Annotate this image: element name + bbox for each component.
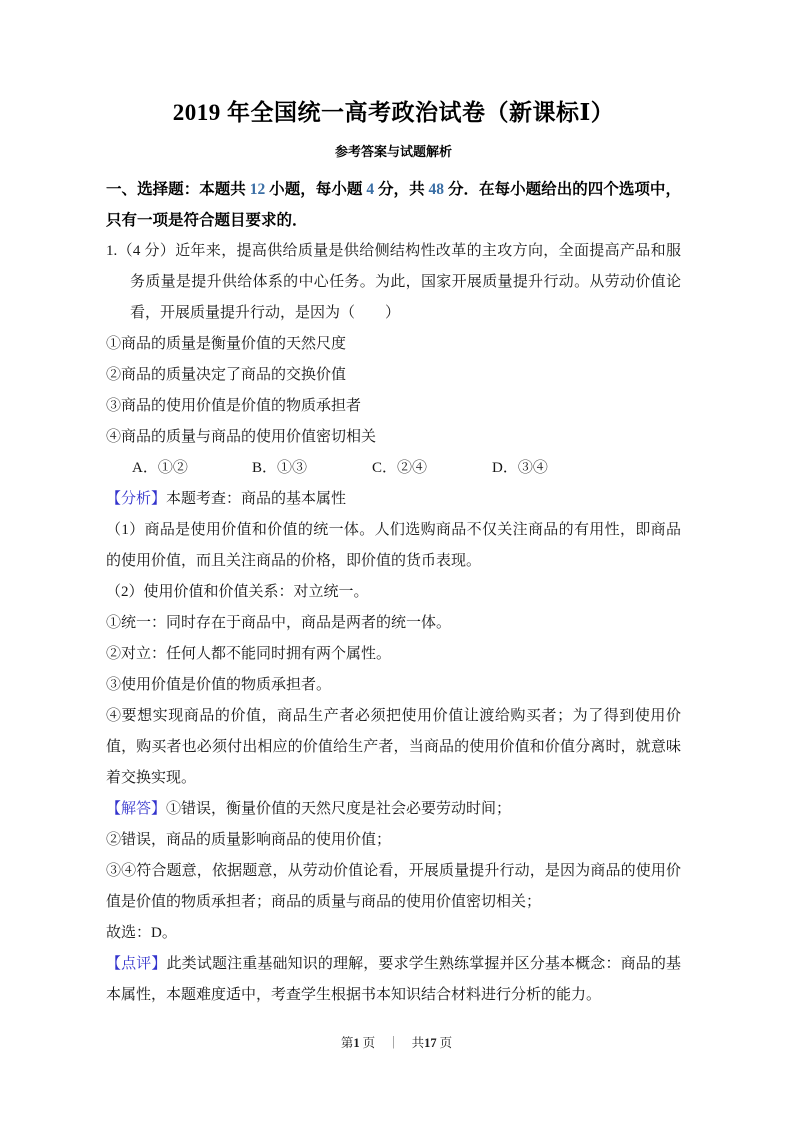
question-stem: 1.（4 分）近年来，提高供给质量是供给侧结构性改革的主攻方向，全面提高产品和服… xyxy=(106,236,681,329)
analysis-label: 【分析】 xyxy=(106,491,166,507)
question-statement-4: ④商品的质量与商品的使用价值密切相关 xyxy=(106,422,681,453)
answer-heading: 【解答】①错误，衡量价值的天然尺度是社会必要劳动时间； xyxy=(106,794,681,825)
answer-label: 【解答】 xyxy=(106,801,166,817)
answer-first-line: ①错误，衡量价值的天然尺度是社会必要劳动时间； xyxy=(166,801,511,817)
choice-b: B．①③ xyxy=(252,453,372,484)
page-subtitle: 参考答案与试题解析 xyxy=(106,142,681,162)
question-statement-1: ①商品的质量是衡量价值的天然尺度 xyxy=(106,329,681,360)
page-title: 2019 年全国统一高考政治试卷（新课标Ⅰ） xyxy=(106,96,681,130)
analysis-paragraph-4: ②对立：任何人都不能同时拥有两个属性。 xyxy=(106,639,681,670)
analysis-paragraph-5: ③使用价值是价值的物质承担者。 xyxy=(106,670,681,701)
footer-total-pages: 共17页 xyxy=(412,1036,453,1050)
choice-a: A．①② xyxy=(132,453,252,484)
comment-text: 此类试题注重基础知识的理解，要求学生熟练掌握并区分基本概念：商品的基本属性，本题… xyxy=(106,956,681,1003)
analysis-intro: 本题考查：商品的基本属性 xyxy=(166,491,346,507)
section-heading: 一、选择题：本题共 12 小题，每小题 4 分，共 48 分．在每小题给出的四个… xyxy=(106,174,681,236)
question-statement-3: ③商品的使用价值是价值的物质承担者 xyxy=(106,391,681,422)
analysis-paragraph-6: ④要想实现商品的价值，商品生产者必须把使用价值让渡给购买者；为了得到使用价值，购… xyxy=(106,701,681,794)
analysis-paragraph-2: （2）使用价值和价值关系：对立统一。 xyxy=(106,577,681,608)
choice-c: C．②④ xyxy=(372,453,492,484)
footer-separator: ｜ xyxy=(387,1036,400,1050)
analysis-paragraph-1: （1）商品是使用价值和价值的统一体。人们选购商品不仅关注商品的有用性，即商品的使… xyxy=(106,515,681,577)
question-number: 1. xyxy=(106,243,117,259)
answer-paragraph-1: ②错误，商品的质量影响商品的使用价值； xyxy=(106,825,681,856)
answer-paragraph-2: ③④符合题意，依据题意，从劳动价值论看，开展质量提升行动，是因为商品的使用价值是… xyxy=(106,856,681,918)
choices-row: A．①② B．①③ C．②④ D．③④ xyxy=(132,453,681,484)
answer-conclusion: 故选：D。 xyxy=(106,918,681,949)
comment-paragraph: 【点评】此类试题注重基础知识的理解，要求学生熟练掌握并区分基本概念：商品的基本属… xyxy=(106,949,681,1011)
footer-current-page: 第1页 xyxy=(341,1036,375,1050)
analysis-heading: 【分析】本题考查：商品的基本属性 xyxy=(106,484,681,515)
document-page: 2019 年全国统一高考政治试卷（新课标Ⅰ） 参考答案与试题解析 一、选择题：本… xyxy=(0,0,793,1122)
question-text: 近年来，提高供给质量是供给侧结构性改革的主攻方向，全面提高产品和服务质量是提升供… xyxy=(130,243,681,321)
comment-label: 【点评】 xyxy=(106,956,167,972)
question-statement-2: ②商品的质量决定了商品的交换价值 xyxy=(106,360,681,391)
page-footer: 第1页｜共17页 xyxy=(0,1033,793,1053)
question-score: （4 分） xyxy=(117,243,175,259)
analysis-paragraph-3: ①统一：同时存在于商品中，商品是两者的统一体。 xyxy=(106,608,681,639)
choice-d: D．③④ xyxy=(492,453,548,484)
